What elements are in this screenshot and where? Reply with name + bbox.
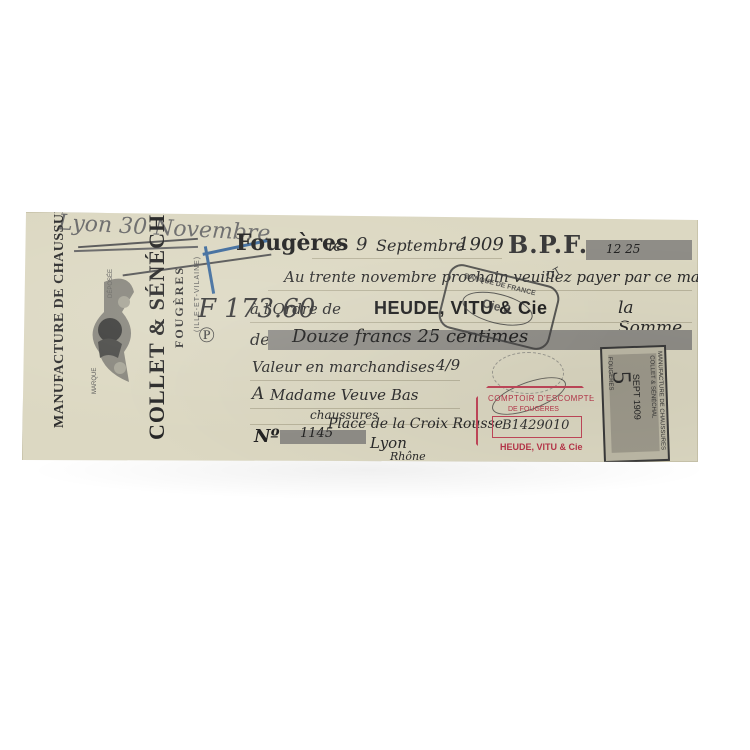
drawee-region: Rhône: [390, 450, 426, 463]
fiscal-stamp: 5 SEPT 1909 MANUFACTURE DE CHAUSSURES CO…: [600, 345, 670, 463]
margin-flourish-icon: ℗: [198, 322, 215, 348]
number-label: Nº: [254, 426, 279, 447]
letterhead-manufacture: MANUFACTURE DE CHAUSSURES: [52, 185, 68, 428]
bpf-amount: 12 25: [606, 242, 640, 256]
comptoir-line2: DE FOUGÈRES: [508, 406, 559, 413]
lion-emblem-icon: [84, 272, 144, 392]
comptoir-reference: B1429010: [502, 418, 569, 433]
value-mark: 4/9: [436, 356, 460, 374]
letterhead-city: FOUGÈRES: [172, 266, 187, 348]
bill-of-exchange: Lyon 30 Novembre MANUFACTURE DE CHAUSSUR…: [22, 212, 698, 462]
bpf-label: B.P.F.: [508, 230, 588, 259]
comptoir-footer: HEUDE, VITU & Cie: [500, 442, 583, 452]
letterhead-company: COLLET & SÉNÉCHAL: [144, 181, 170, 440]
fiscal-text3: FOUGÈRES: [606, 357, 613, 391]
drawee-name: Madame Veuve Bas: [270, 386, 419, 404]
order-prefix: à l'Ordre de: [250, 300, 341, 318]
comptoir-escompte-stamp: COMPTOIR D'ESCOMPTE DE FOUGÈRES B1429010…: [476, 386, 598, 460]
value-line: Valeur en marchandises: [252, 358, 435, 376]
date-month: Septembre: [376, 236, 465, 255]
drawee-prefix: A: [252, 384, 264, 404]
number-value: 1145: [300, 426, 333, 441]
date-year: 1909: [458, 234, 504, 255]
comptoir-line1: COMPTOIR D'ESCOMPTE: [488, 394, 595, 403]
date-prefix: le: [328, 236, 343, 255]
sum-prefix: de: [250, 330, 270, 349]
date-day: 9: [356, 234, 367, 255]
fiscal-date: SEPT 1909: [631, 374, 643, 420]
